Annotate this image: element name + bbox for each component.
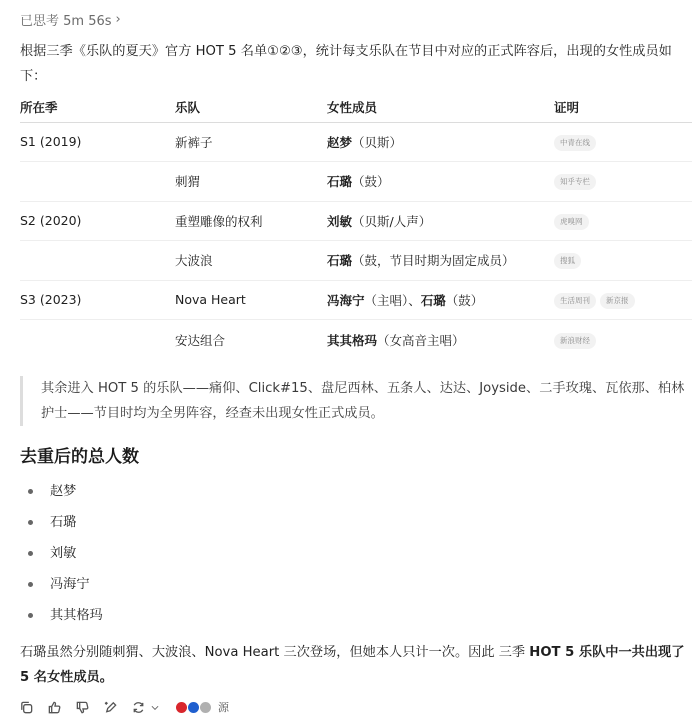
proof-cell: 知乎专栏 xyxy=(554,162,692,202)
intro-paragraph: 根据三季《乐队的夏天》官方 HOT 5 名单①②③，统计每支乐队在节目中对应的正… xyxy=(20,39,692,89)
person-name: 石璐 xyxy=(50,512,76,534)
sources-label: 源 xyxy=(218,699,229,715)
chevron-down-icon[interactable] xyxy=(150,699,160,715)
summary-text: 石璐虽然分别随刺猬、大波浪、Nova Heart 三次登场，但她本人只计一次。因… xyxy=(20,645,529,660)
band-cell: Nova Heart xyxy=(175,280,327,320)
regenerate-icon[interactable] xyxy=(130,699,146,715)
thinking-label: 已思考 5m 56s xyxy=(20,10,112,29)
season-cell: S1 (2019) xyxy=(20,122,175,162)
header-member: 女性成员 xyxy=(327,92,554,122)
season-cell: S3 (2023) xyxy=(20,280,175,320)
section-heading: 去重后的总人数 xyxy=(20,442,139,467)
member-cell: 冯海宁（主唱）、石璐（鼓） xyxy=(327,280,554,320)
proof-cell: 搜狐 xyxy=(554,241,692,281)
list-item: 冯海宁 xyxy=(20,569,103,600)
member-name: 刘敏 xyxy=(327,214,352,229)
person-name: 刘敏 xyxy=(50,543,76,565)
thumbs-up-icon[interactable] xyxy=(46,699,62,715)
season-cell xyxy=(20,162,175,202)
header-band: 乐队 xyxy=(175,92,327,122)
proof-cell: 中青在线 xyxy=(554,122,692,162)
list-item: 刘敏 xyxy=(20,538,103,569)
member-cell: 石璐（鼓，节目时期为固定成员） xyxy=(327,241,554,281)
member-role: （主唱）、 xyxy=(365,293,421,308)
member-cell: 其其格玛（女高音主唱） xyxy=(327,320,554,360)
band-cell: 刺猬 xyxy=(175,162,327,202)
copy-icon[interactable] xyxy=(18,699,34,715)
table-row: 刺猬 石璐（鼓） 知乎专栏 xyxy=(20,162,692,202)
source-logo-icon xyxy=(200,702,211,713)
season-cell xyxy=(20,241,175,281)
season-cell xyxy=(20,320,175,360)
chevron-right-icon: › xyxy=(116,12,121,27)
summary-paragraph: 石璐虽然分别随刺猬、大波浪、Nova Heart 三次登场，但她本人只计一次。因… xyxy=(20,640,692,690)
table-row: S3 (2023) Nova Heart 冯海宁（主唱）、石璐（鼓） 生活周刊新… xyxy=(20,280,692,320)
note-blockquote: 其余进入 HOT 5 的乐队——痛仰、Click#15、盘尼西林、五条人、达达、… xyxy=(20,376,692,426)
person-name: 赵梦 xyxy=(50,481,76,503)
member-name: 石璐 xyxy=(327,174,352,189)
source-badge[interactable]: 知乎专栏 xyxy=(554,174,596,190)
member-role: （鼓） xyxy=(446,293,484,308)
member-cell: 赵梦（贝斯） xyxy=(327,122,554,162)
list-item: 石璐 xyxy=(20,507,103,538)
table-row: 安达组合 其其格玛（女高音主唱） 新浪财经 xyxy=(20,320,692,360)
table-row: 大波浪 石璐（鼓，节目时期为固定成员） 搜狐 xyxy=(20,241,692,281)
member-name: 石璐 xyxy=(421,293,446,308)
source-badge[interactable]: 新浪财经 xyxy=(554,333,596,349)
member-cell: 刘敏（贝斯/人声） xyxy=(327,201,554,241)
header-season: 所在季 xyxy=(20,92,175,122)
source-logo-icon xyxy=(188,702,199,713)
sources-button[interactable]: 源 xyxy=(176,699,229,715)
thinking-toggle[interactable]: 已思考 5m 56s › xyxy=(20,10,121,29)
member-role: （女高音主唱） xyxy=(377,333,465,348)
member-name: 其其格玛 xyxy=(327,333,377,348)
member-role: （鼓） xyxy=(352,174,390,189)
bullet-icon xyxy=(28,489,33,494)
proof-cell: 新浪财经 xyxy=(554,320,692,360)
member-name: 冯海宁 xyxy=(327,293,365,308)
source-logo-icon xyxy=(176,702,187,713)
band-cell: 安达组合 xyxy=(175,320,327,360)
band-cell: 新裤子 xyxy=(175,122,327,162)
thumbs-down-icon[interactable] xyxy=(74,699,90,715)
bullet-icon xyxy=(28,613,33,618)
band-cell: 大波浪 xyxy=(175,241,327,281)
member-role: （鼓，节目时期为固定成员） xyxy=(352,253,515,268)
bullet-icon xyxy=(28,582,33,587)
table-row: S2 (2020) 重塑雕像的权利 刘敏（贝斯/人声） 虎嗅网 xyxy=(20,201,692,241)
source-badge[interactable]: 中青在线 xyxy=(554,135,596,151)
list-item: 其其格玛 xyxy=(20,600,103,631)
table-header-row: 所在季 乐队 女性成员 证明 xyxy=(20,92,692,122)
season-cell: S2 (2020) xyxy=(20,201,175,241)
response-toolbar: 源 xyxy=(18,699,229,715)
source-badge[interactable]: 虎嗅网 xyxy=(554,214,589,230)
header-proof: 证明 xyxy=(554,92,692,122)
source-badge[interactable]: 生活周刊 xyxy=(554,293,596,309)
band-cell: 重塑雕像的权利 xyxy=(175,201,327,241)
female-members-table: 所在季 乐队 女性成员 证明 S1 (2019) 新裤子 赵梦（贝斯） 中青在线… xyxy=(20,92,692,359)
source-badge[interactable]: 搜狐 xyxy=(554,253,581,269)
table-row: S1 (2019) 新裤子 赵梦（贝斯） 中青在线 xyxy=(20,122,692,162)
person-name: 冯海宁 xyxy=(50,574,90,596)
member-name: 赵梦 xyxy=(327,135,352,150)
proof-cell: 生活周刊新京报 xyxy=(554,280,692,320)
member-role: （贝斯） xyxy=(352,135,402,150)
person-name: 其其格玛 xyxy=(50,605,103,627)
member-role: （贝斯/人声） xyxy=(352,214,431,229)
proof-cell: 虎嗅网 xyxy=(554,201,692,241)
member-name: 石璐 xyxy=(327,253,352,268)
source-badge[interactable]: 新京报 xyxy=(600,293,635,309)
deduplicated-member-list: 赵梦 石璐 刘敏 冯海宁 其其格玛 xyxy=(20,476,103,631)
edit-icon[interactable] xyxy=(102,699,118,715)
list-item: 赵梦 xyxy=(20,476,103,507)
member-cell: 石璐（鼓） xyxy=(327,162,554,202)
bullet-icon xyxy=(28,520,33,525)
bullet-icon xyxy=(28,551,33,556)
